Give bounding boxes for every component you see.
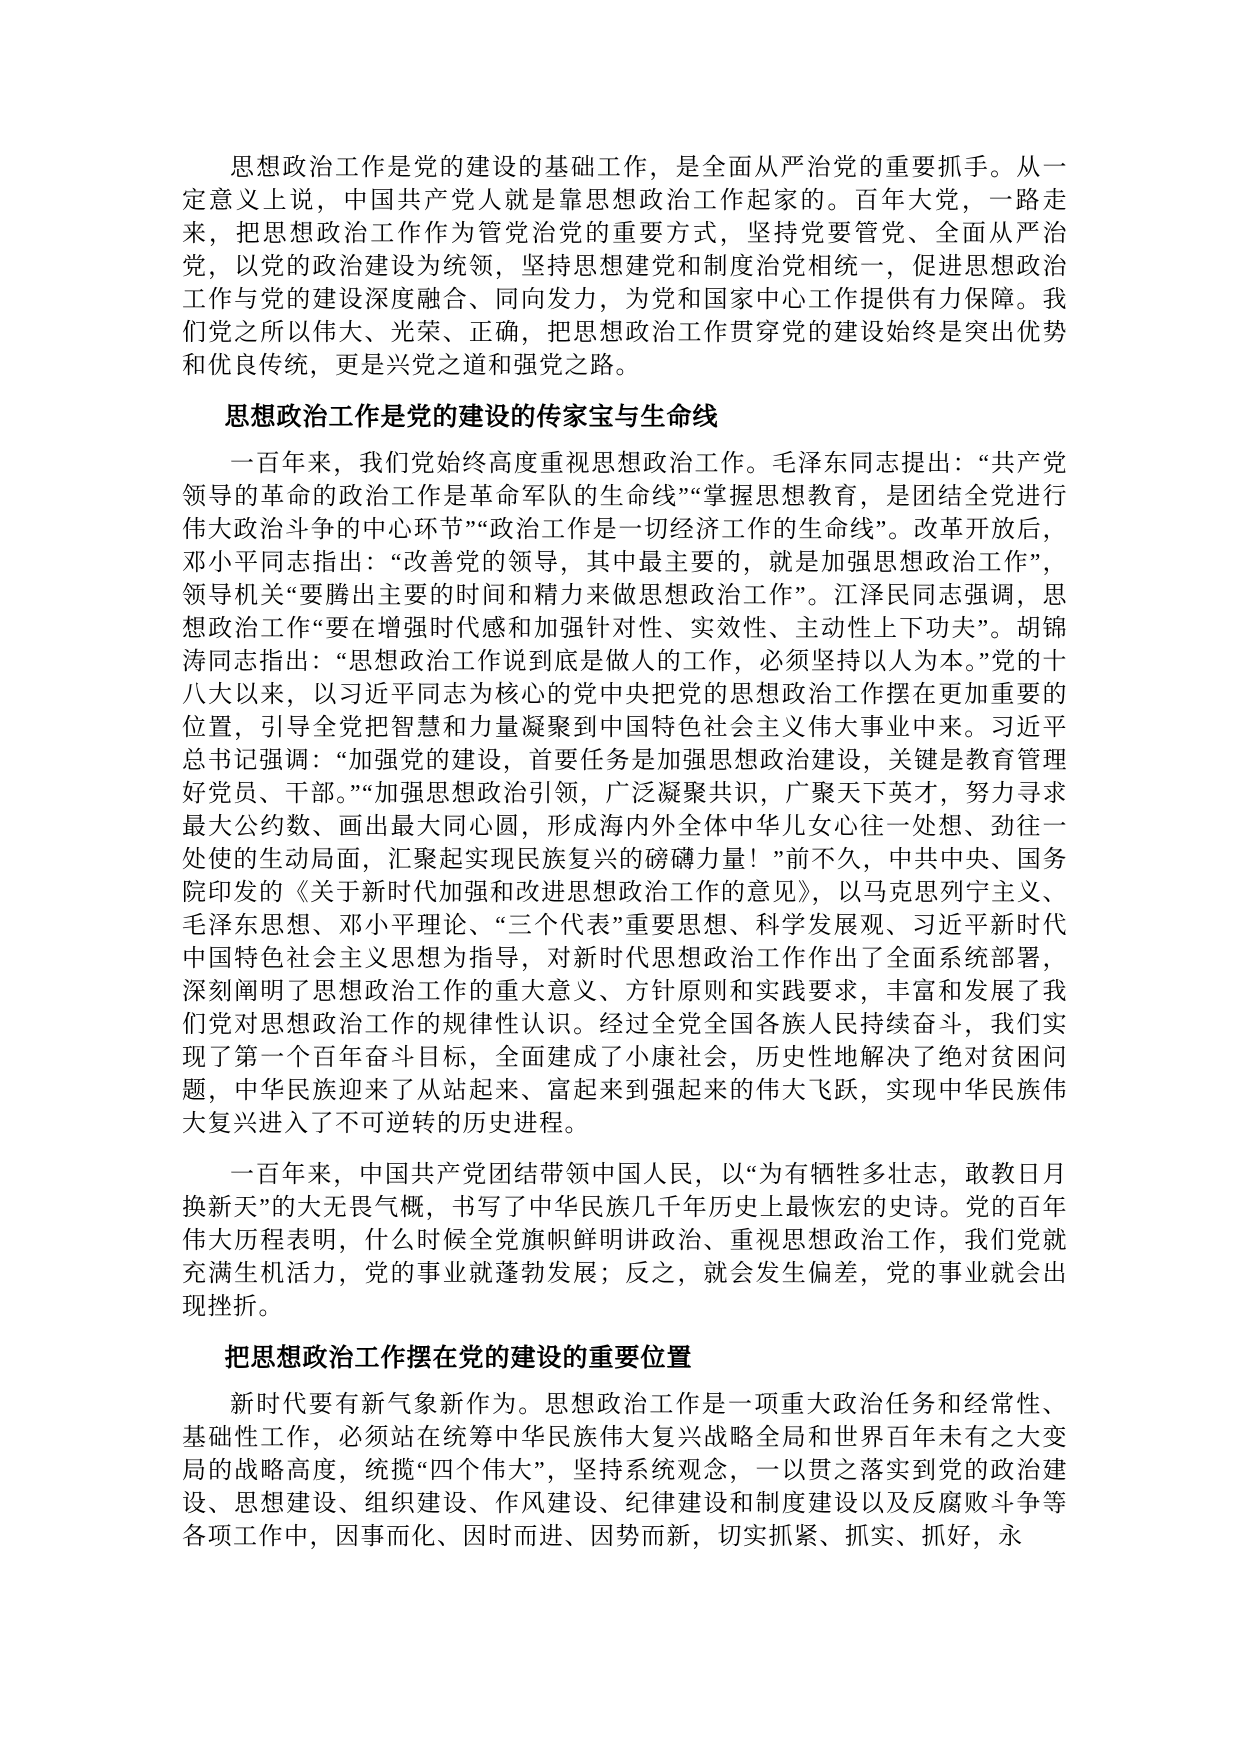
paragraph-section1-body: 一百年来，我们党始终高度重视思想政治工作。毛泽东同志提出：“共产党领导的革命的政… <box>182 448 1068 1141</box>
document-content: 思想政治工作是党的建设的基础工作，是全面从严治党的重要抓手。从一定意义上说，中国… <box>182 152 1068 1572</box>
section-heading-2: 把思想政治工作摆在党的建设的重要位置 <box>182 1342 1068 1375</box>
paragraph-section1-summary: 一百年来，中国共产党团结带领中国人民，以“为有牺牲多壮志，敢教日月换新天”的大无… <box>182 1159 1068 1324</box>
paragraph-section2-body: 新时代要有新气象新作为。思想政治工作是一项重大政治任务和经常性、基础性工作，必须… <box>182 1389 1068 1554</box>
document-page: 思想政治工作是党的建设的基础工作，是全面从严治党的重要抓手。从一定意义上说，中国… <box>0 0 1240 1754</box>
paragraph-intro: 思想政治工作是党的建设的基础工作，是全面从严治党的重要抓手。从一定意义上说，中国… <box>182 152 1068 383</box>
section-heading-1: 思想政治工作是党的建设的传家宝与生命线 <box>182 401 1068 434</box>
